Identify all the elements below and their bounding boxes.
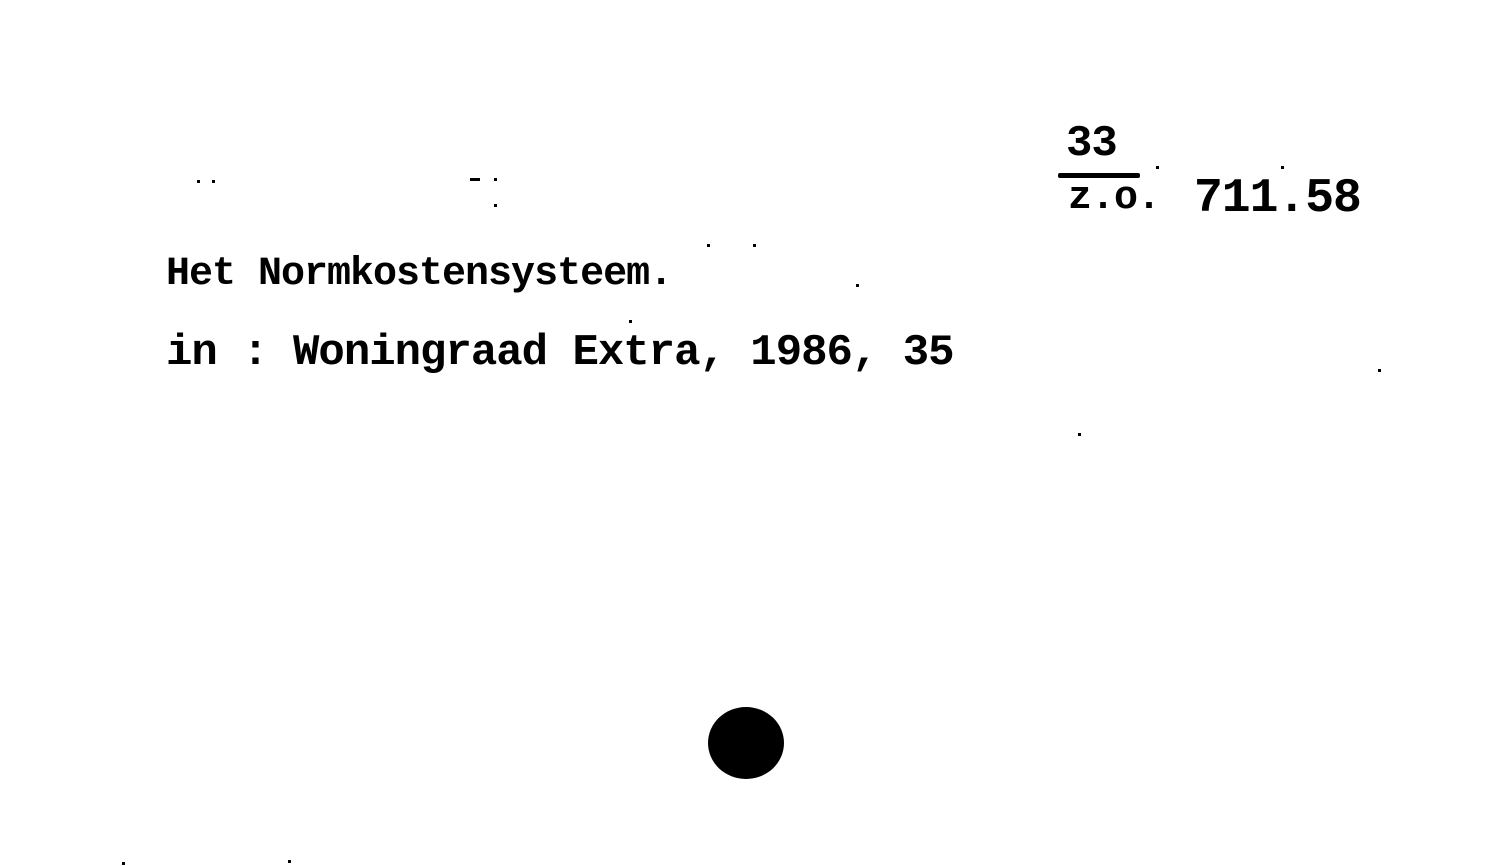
card-source: in : Woningraad Extra, 1986, 35 xyxy=(166,328,954,378)
scan-speck xyxy=(1378,369,1381,372)
scan-speck xyxy=(288,860,291,863)
class-number: 711.58 xyxy=(1194,174,1361,224)
scan-speck xyxy=(753,244,756,247)
scan-speck xyxy=(494,204,497,207)
scan-speck xyxy=(629,320,632,323)
scan-speck xyxy=(494,178,497,181)
scan-speck xyxy=(470,178,480,181)
scan-speck xyxy=(707,244,710,247)
scan-speck xyxy=(212,180,215,183)
scan-speck xyxy=(856,284,859,287)
scan-speck xyxy=(1156,166,1159,169)
scan-speck xyxy=(197,180,200,183)
call-number-denominator: z.o. xyxy=(1068,176,1160,222)
call-number-numerator: 33 xyxy=(1066,122,1117,166)
punch-hole xyxy=(708,707,784,779)
scan-speck xyxy=(122,862,125,865)
card-title: Het Normkostensysteem. xyxy=(166,252,672,298)
scan-speck xyxy=(1078,433,1081,436)
scan-speck xyxy=(1281,166,1284,169)
